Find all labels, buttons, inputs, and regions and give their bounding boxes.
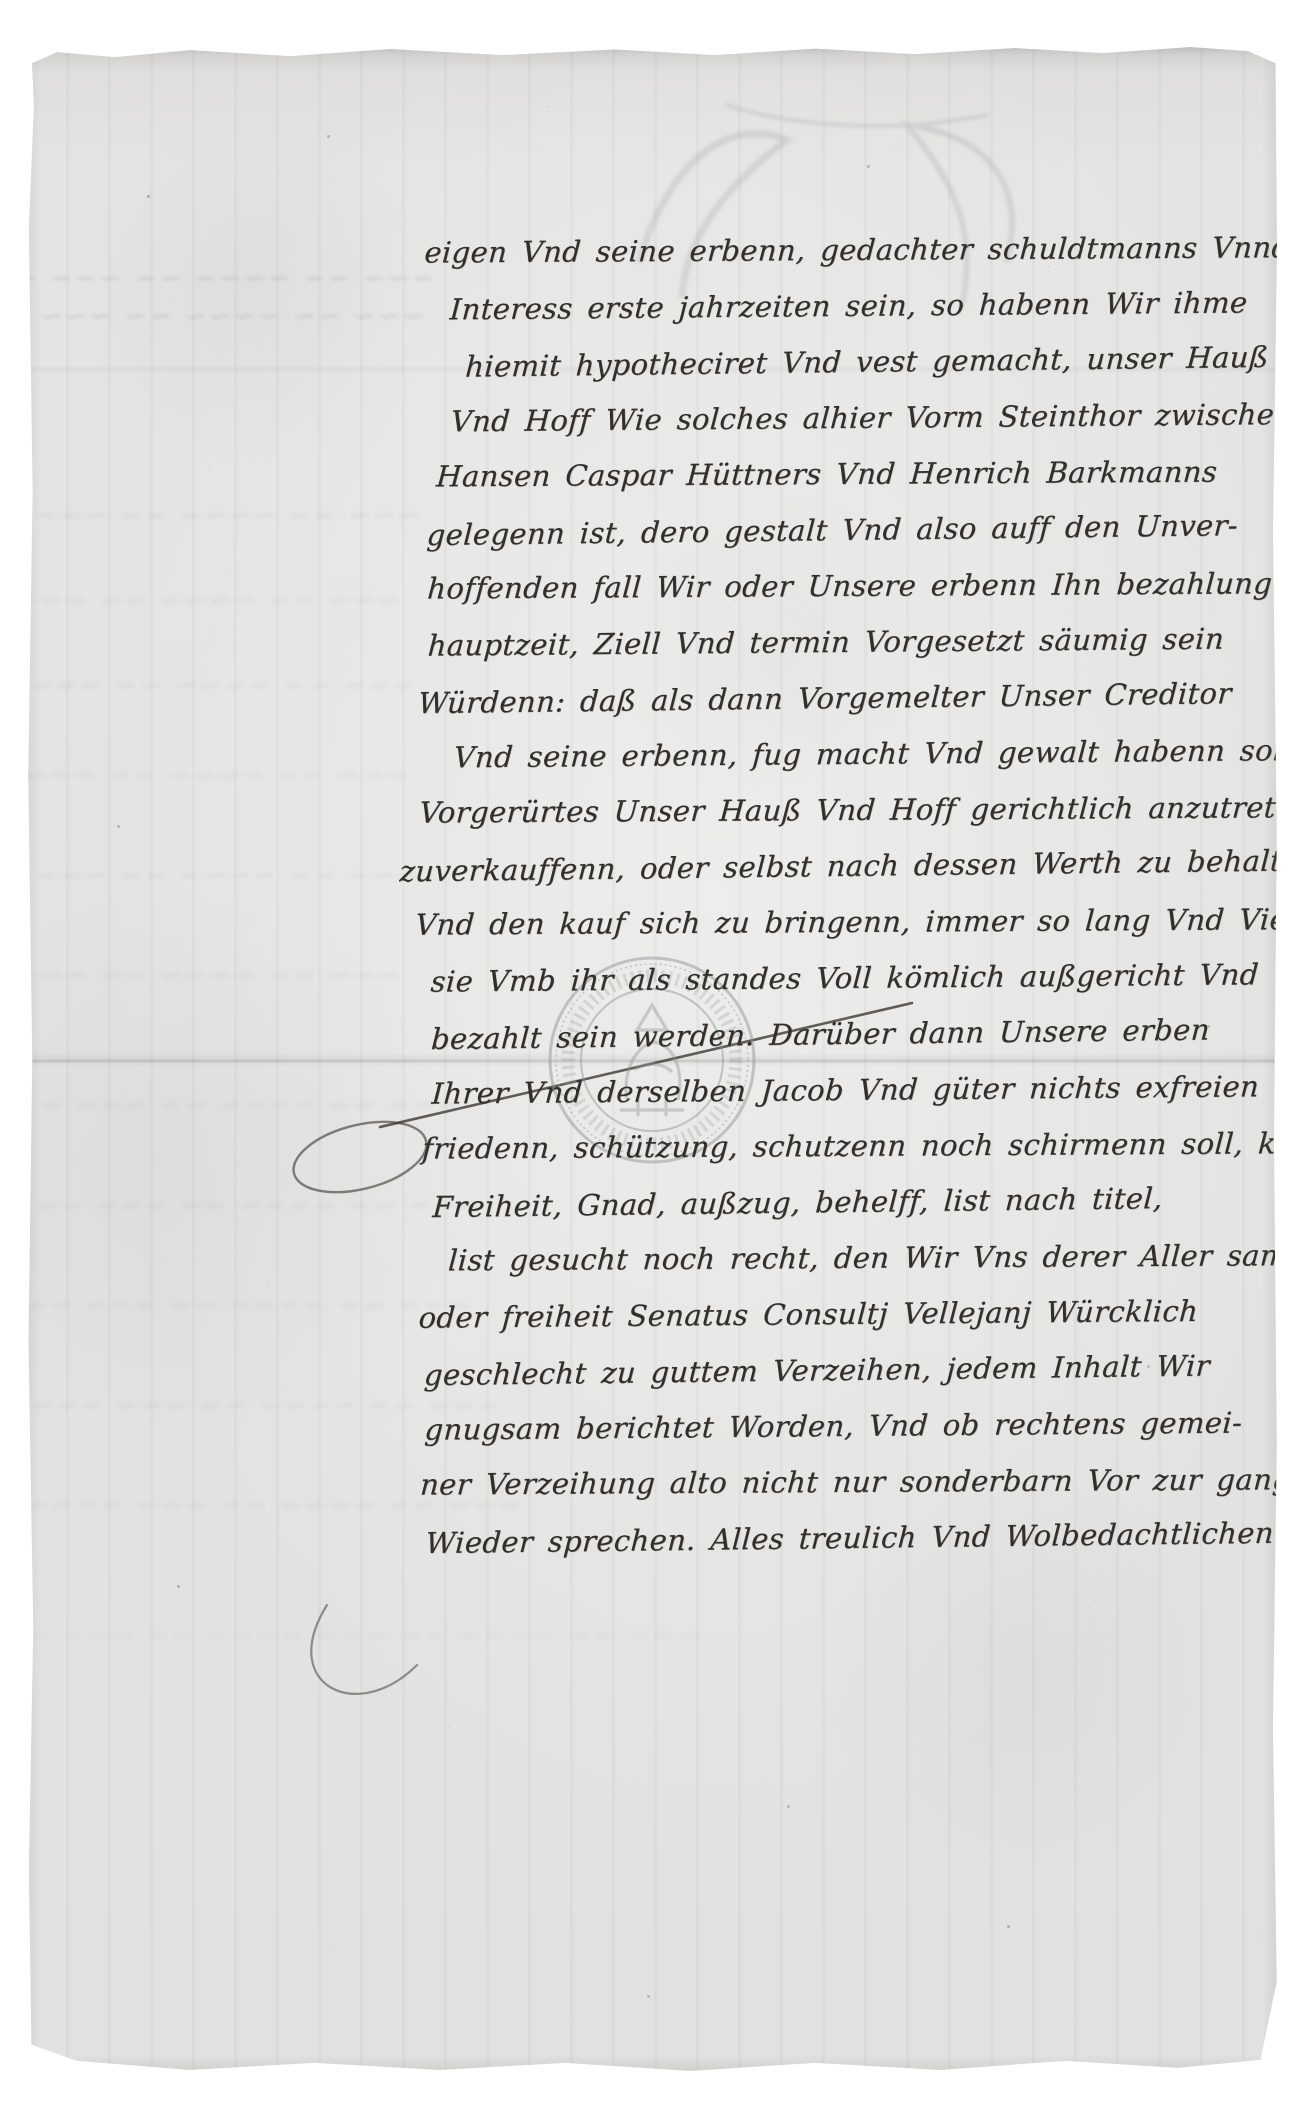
fox-spots [27, 45, 30, 48]
manuscript-page: ~~~ ~~ ~~~~ ~~ ~~~ ~~~~ ~~ ~~~ ~~ ~~~~ ~… [27, 45, 1278, 2073]
scan-edge-shading [27, 45, 1278, 2073]
scanned-document: ~~~ ~~ ~~~~ ~~ ~~~ ~~~~ ~~ ~~~ ~~ ~~~~ ~… [0, 0, 1302, 2120]
